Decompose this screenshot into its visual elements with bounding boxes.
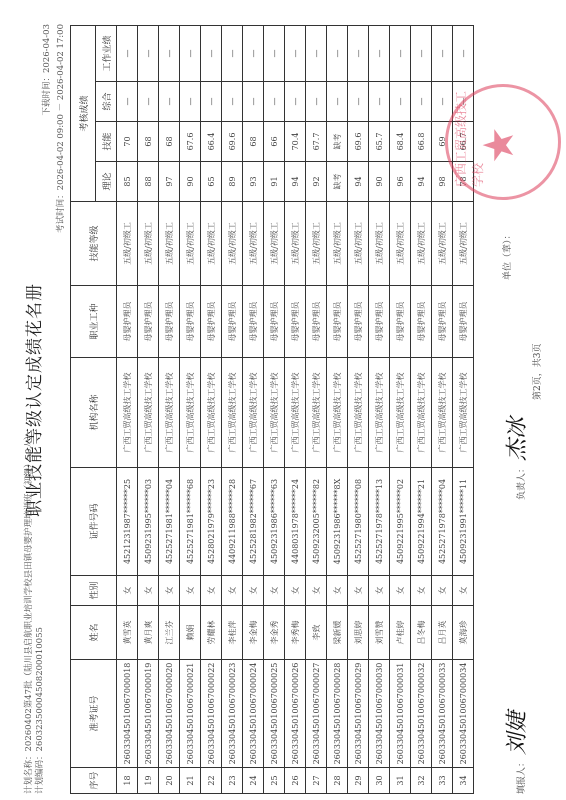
cell-theory: 85 — [117, 162, 138, 202]
col-theory: 理论 — [96, 162, 117, 202]
cell-sex: 女 — [327, 576, 348, 606]
cell-skill: 70.4 — [285, 122, 306, 162]
cell-skill: 68 — [159, 122, 180, 162]
cell-level: 五级/初级工 — [159, 202, 180, 286]
cell-level: 五级/初级工 — [327, 202, 348, 286]
cell-skill: 缺考 — [327, 122, 348, 162]
plan-info: 计划名称：20260402第47批（陆川县启航职业培训学校县田镇母婴护理培训班（… — [24, 432, 46, 794]
cell-job: 母婴护理员 — [369, 286, 390, 358]
cell-skill: 70 — [117, 122, 138, 162]
cell-id: 4409211988******28 — [222, 468, 243, 576]
table-row: 3226033045010067000032吕冬梅女4509221994****… — [411, 25, 432, 793]
cell-skill: 66.4 — [201, 122, 222, 162]
cell-org: 广西工贸高级技工学校 — [159, 358, 180, 468]
cell-level: 五级/初级工 — [369, 202, 390, 286]
cell-ticket: 26033045010067000026 — [285, 660, 306, 768]
cell-sex: 女 — [453, 576, 474, 606]
cell-theory: 98 — [432, 162, 453, 202]
cell-overall: — — [306, 82, 327, 122]
table-row: 2326033045010067000023李桂萍女4409211988****… — [222, 25, 243, 793]
col-scores: 考核成绩 — [71, 25, 96, 201]
download-time: 下载时间：2026-04-03 — [42, 24, 53, 116]
col-org: 机构名称 — [71, 358, 117, 468]
responsible-label: 负责人： — [517, 464, 527, 500]
cell-org: 广西工贸高级技工学校 — [264, 358, 285, 468]
cell-id: 4525281982******67 — [243, 468, 264, 576]
cell-name: 黄月爽 — [138, 606, 159, 660]
cell-name: 黄雪英 — [117, 606, 138, 660]
table-row: 2426033045010067000024李金梅女4525281982****… — [243, 25, 264, 793]
cell-ticket: 26033045010067000030 — [369, 660, 390, 768]
cell-no: 24 — [243, 768, 264, 794]
cell-ticket: 26033045010067000025 — [264, 660, 285, 768]
cell-job: 母婴护理员 — [348, 286, 369, 358]
cell-name: 李金秀 — [264, 606, 285, 660]
cell-sex: 女 — [411, 576, 432, 606]
cell-name: 江兰芬 — [159, 606, 180, 660]
cell-level: 五级/初级工 — [117, 202, 138, 286]
cell-level: 五级/初级工 — [348, 202, 369, 286]
cell-work: — — [327, 25, 348, 81]
cell-overall: — — [180, 82, 201, 122]
cell-work: — — [411, 25, 432, 81]
cell-level: 五级/初级工 — [285, 202, 306, 286]
table-row: 2126033045010067000021赖娟女4525271981*****… — [180, 25, 201, 793]
cell-job: 母婴护理员 — [201, 286, 222, 358]
table-row: 3026033045010067000030刘雪赞女4525271978****… — [369, 25, 390, 793]
exam-time: 考试时间：2026-04-02 09:00 － 2026-04-02 17:00 — [56, 24, 67, 233]
cell-theory: 90 — [180, 162, 201, 202]
cell-overall: — — [264, 82, 285, 122]
cell-id: 4509231995******03 — [138, 468, 159, 576]
cell-org: 广西工贸高级技工学校 — [348, 358, 369, 468]
cell-theory: 93 — [243, 162, 264, 202]
cell-ticket: 26033045010067000022 — [201, 660, 222, 768]
cell-id: 4509231986******63 — [264, 468, 285, 576]
cell-work: — — [117, 25, 138, 81]
plan-code: 计划编码：26032350004508200010055 — [35, 432, 46, 794]
cell-no: 20 — [159, 768, 180, 794]
cell-work: — — [285, 25, 306, 81]
cell-overall: — — [201, 82, 222, 122]
cell-work: — — [264, 25, 285, 81]
cell-skill: 66.8 — [411, 122, 432, 162]
cell-level: 五级/初级工 — [432, 202, 453, 286]
cell-no: 19 — [138, 768, 159, 794]
cell-level: 五级/初级工 — [222, 202, 243, 286]
cell-ticket: 26033045010067000029 — [348, 660, 369, 768]
cell-ticket: 26033045010067000032 — [411, 660, 432, 768]
cell-ticket: 26033045010067000028 — [327, 660, 348, 768]
col-ticket: 准考证号 — [71, 660, 117, 768]
filler-label: 填报人： — [517, 758, 527, 794]
cell-theory: 96 — [390, 162, 411, 202]
cell-org: 广西工贸高级技工学校 — [138, 358, 159, 468]
cell-theory: 90 — [369, 162, 390, 202]
cell-skill: 68 — [243, 122, 264, 162]
cell-theory: 94 — [285, 162, 306, 202]
cell-level: 五级/初级工 — [306, 202, 327, 286]
cell-id: 4509221995******02 — [390, 468, 411, 576]
cell-no: 27 — [306, 768, 327, 794]
cell-skill: 67.7 — [306, 122, 327, 162]
cell-sex: 女 — [432, 576, 453, 606]
cell-theory: 94 — [411, 162, 432, 202]
cell-org: 广西工贸高级技工学校 — [201, 358, 222, 468]
cell-no: 21 — [180, 768, 201, 794]
cell-sex: 女 — [117, 576, 138, 606]
cell-overall: — — [411, 82, 432, 122]
cell-no: 31 — [390, 768, 411, 794]
col-sex: 性别 — [71, 576, 117, 606]
cell-work: — — [201, 25, 222, 81]
cell-id: 4521231987******25 — [117, 468, 138, 576]
cell-id: 4408031978******24 — [285, 468, 306, 576]
cell-skill: 68.4 — [390, 122, 411, 162]
cell-no: 33 — [432, 768, 453, 794]
cell-ticket: 26033045010067000034 — [453, 660, 474, 768]
cell-ticket: 26033045010067000019 — [138, 660, 159, 768]
cell-id: 4509231986******8X — [327, 468, 348, 576]
cell-no: 18 — [117, 768, 138, 794]
cell-job: 母婴护理员 — [180, 286, 201, 358]
cell-skill: 65.7 — [369, 122, 390, 162]
cell-org: 广西工贸高级技工学校 — [222, 358, 243, 468]
cell-org: 广西工贸高级技工学校 — [411, 358, 432, 468]
col-work: 工作业绩 — [96, 25, 117, 81]
cell-overall: — — [432, 82, 453, 122]
table-row: 2726033045010067000027李致女4509232005*****… — [306, 25, 327, 793]
score-table: 序号 准考证号 姓名 性别 证件号码 机构名称 职业工种 技能等级 考核成绩 理… — [70, 25, 474, 794]
cell-theory: 92 — [306, 162, 327, 202]
cell-theory: 缺考 — [327, 162, 348, 202]
cell-job: 母婴护理员 — [285, 286, 306, 358]
cell-org: 广西工贸高级技工学校 — [327, 358, 348, 468]
cell-id: 4525271978******13 — [369, 468, 390, 576]
cell-overall: — — [390, 82, 411, 122]
cell-work: — — [432, 25, 453, 81]
cell-theory: 97 — [159, 162, 180, 202]
table-row: 2926033045010067000029刘思婷女4525271980****… — [348, 25, 369, 793]
star-icon: ★ — [474, 126, 523, 164]
responsible: 负责人： 杰冰 — [500, 417, 531, 500]
cell-name: 吕月英 — [432, 606, 453, 660]
cell-ticket: 26033045010067000023 — [222, 660, 243, 768]
cell-overall: — — [285, 82, 306, 122]
cell-no: 29 — [348, 768, 369, 794]
cell-id: 4509221994******21 — [411, 468, 432, 576]
cell-org: 广西工贸高级技工学校 — [390, 358, 411, 468]
filler: 填报人： 刘婕 — [500, 711, 531, 794]
cell-job: 母婴护理员 — [138, 286, 159, 358]
cell-job: 母婴护理员 — [117, 286, 138, 358]
cell-id: 4509231991******11 — [453, 468, 474, 576]
cell-theory: 65 — [201, 162, 222, 202]
cell-org: 广西工贸高级技工学校 — [369, 358, 390, 468]
cell-job: 母婴护理员 — [222, 286, 243, 358]
cell-org: 广西工贸高级技工学校 — [306, 358, 327, 468]
cell-sex: 女 — [138, 576, 159, 606]
cell-org: 广西工贸高级技工学校 — [432, 358, 453, 468]
table-row: 2226033045010067000022劳耀林女4528021979****… — [201, 25, 222, 793]
cell-level: 五级/初级工 — [390, 202, 411, 286]
cell-level: 五级/初级工 — [453, 202, 474, 286]
cell-level: 五级/初级工 — [138, 202, 159, 286]
document-page: 职业技能等级认定成绩花名册 计划名称：20260402第47批（陆川县启航职业培… — [0, 0, 566, 800]
cell-skill: 68 — [138, 122, 159, 162]
cell-level: 五级/初级工 — [264, 202, 285, 286]
cell-org: 广西工贸高级技工学校 — [453, 358, 474, 468]
col-name: 姓名 — [71, 606, 117, 660]
cell-overall: — — [327, 82, 348, 122]
cell-work: — — [369, 25, 390, 81]
official-stamp: 广西工贸高级技工学校 ★ — [445, 84, 561, 200]
table-row: 2526033045010067000025李金秀女4509231986****… — [264, 25, 285, 793]
cell-skill: 69.6 — [222, 122, 243, 162]
cell-name: 赖娟 — [180, 606, 201, 660]
cell-org: 广西工贸高级技工学校 — [285, 358, 306, 468]
col-id: 证件号码 — [71, 468, 117, 576]
cell-overall: — — [243, 82, 264, 122]
cell-sex: 女 — [243, 576, 264, 606]
cell-org: 广西工贸高级技工学校 — [180, 358, 201, 468]
cell-no: 25 — [264, 768, 285, 794]
cell-work: — — [243, 25, 264, 81]
cell-sex: 女 — [159, 576, 180, 606]
cell-job: 母婴护理员 — [243, 286, 264, 358]
cell-skill: 66 — [264, 122, 285, 162]
cell-no: 30 — [369, 768, 390, 794]
cell-job: 母婴护理员 — [306, 286, 327, 358]
cell-overall: — — [138, 82, 159, 122]
cell-sex: 女 — [369, 576, 390, 606]
cell-ticket: 26033045010067000027 — [306, 660, 327, 768]
cell-ticket: 26033045010067000031 — [390, 660, 411, 768]
table-row: 1926033045010067000019黄月爽女4509231995****… — [138, 25, 159, 793]
cell-id: 4525271980******08 — [348, 468, 369, 576]
cell-ticket: 26033045010067000033 — [432, 660, 453, 768]
cell-work: — — [222, 25, 243, 81]
cell-org: 广西工贸高级技工学校 — [117, 358, 138, 468]
unit-label: 单位（章）： — [500, 230, 513, 280]
cell-ticket: 26033045010067000021 — [180, 660, 201, 768]
filler-signature: 刘婕 — [505, 711, 530, 755]
cell-id: 4525271981******04 — [159, 468, 180, 576]
cell-sex: 女 — [306, 576, 327, 606]
cell-overall: — — [159, 82, 180, 122]
cell-job: 母婴护理员 — [264, 286, 285, 358]
cell-overall: — — [117, 82, 138, 122]
table-row: 3126033045010067000031卢桂婷女4509221995****… — [390, 25, 411, 793]
cell-job: 母婴护理员 — [453, 286, 474, 358]
cell-level: 五级/初级工 — [180, 202, 201, 286]
cell-skill: 69.6 — [348, 122, 369, 162]
cell-theory: 88 — [138, 162, 159, 202]
cell-name: 李秀梅 — [285, 606, 306, 660]
cell-level: 五级/初级工 — [201, 202, 222, 286]
cell-id: 4528021979******23 — [201, 468, 222, 576]
cell-sex: 女 — [264, 576, 285, 606]
responsible-signature: 杰冰 — [505, 417, 530, 461]
cell-theory: 94 — [348, 162, 369, 202]
cell-name: 李致 — [306, 606, 327, 660]
cell-job: 母婴护理员 — [411, 286, 432, 358]
cell-job: 母婴护理员 — [432, 286, 453, 358]
cell-ticket: 26033045010067000024 — [243, 660, 264, 768]
cell-theory: 89 — [222, 162, 243, 202]
cell-no: 32 — [411, 768, 432, 794]
cell-work: — — [453, 25, 474, 81]
cell-name: 梁新媛 — [327, 606, 348, 660]
cell-level: 五级/初级工 — [411, 202, 432, 286]
cell-name: 刘思婷 — [348, 606, 369, 660]
cell-work: — — [159, 25, 180, 81]
col-job: 职业工种 — [71, 286, 117, 358]
cell-work: — — [348, 25, 369, 81]
cell-skill: 67.6 — [180, 122, 201, 162]
page-info: 第2页，共3页 — [530, 344, 543, 400]
cell-no: 34 — [453, 768, 474, 794]
cell-no: 26 — [285, 768, 306, 794]
cell-no: 22 — [201, 768, 222, 794]
cell-sex: 女 — [390, 576, 411, 606]
cell-ticket: 26033045010067000020 — [159, 660, 180, 768]
cell-job: 母婴护理员 — [159, 286, 180, 358]
cell-sex: 女 — [201, 576, 222, 606]
table-row: 1826033045010067000018黄雪英女4521231987****… — [117, 25, 138, 793]
cell-work: — — [390, 25, 411, 81]
table-row: 2026033045010067000020江兰芬女4525271981****… — [159, 25, 180, 793]
cell-overall: — — [369, 82, 390, 122]
cell-name: 卢桂婷 — [390, 606, 411, 660]
cell-name: 吕冬梅 — [411, 606, 432, 660]
cell-level: 五级/初级工 — [243, 202, 264, 286]
cell-overall: — — [222, 82, 243, 122]
cell-name: 李桂萍 — [222, 606, 243, 660]
plan-name: 计划名称：20260402第47批（陆川县启航职业培训学校县田镇母婴护理培训班（… — [24, 432, 35, 794]
cell-name: 莫海珍 — [453, 606, 474, 660]
cell-sex: 女 — [285, 576, 306, 606]
cell-work: — — [306, 25, 327, 81]
cell-job: 母婴护理员 — [327, 286, 348, 358]
col-level: 技能等级 — [71, 202, 117, 286]
cell-job: 母婴护理员 — [390, 286, 411, 358]
cell-name: 刘雪赞 — [369, 606, 390, 660]
cell-name: 李金梅 — [243, 606, 264, 660]
cell-overall: — — [348, 82, 369, 122]
cell-no: 28 — [327, 768, 348, 794]
cell-no: 23 — [222, 768, 243, 794]
cell-sex: 女 — [348, 576, 369, 606]
cell-name: 劳耀林 — [201, 606, 222, 660]
cell-id: 4525271981******68 — [180, 468, 201, 576]
cell-ticket: 26033045010067000018 — [117, 660, 138, 768]
cell-org: 广西工贸高级技工学校 — [243, 358, 264, 468]
col-overall: 综合 — [96, 82, 117, 122]
cell-work: — — [180, 25, 201, 81]
cell-sex: 女 — [180, 576, 201, 606]
table-row: 2626033045010067000026李秀梅女4408031978****… — [285, 25, 306, 793]
cell-work: — — [138, 25, 159, 81]
cell-theory: 91 — [264, 162, 285, 202]
col-skill: 技能 — [96, 122, 117, 162]
col-no: 序号 — [71, 768, 117, 794]
cell-id: 4525271978******04 — [432, 468, 453, 576]
cell-sex: 女 — [222, 576, 243, 606]
table-row: 2826033045010067000028梁新媛女4509231986****… — [327, 25, 348, 793]
cell-id: 4509232005******82 — [306, 468, 327, 576]
